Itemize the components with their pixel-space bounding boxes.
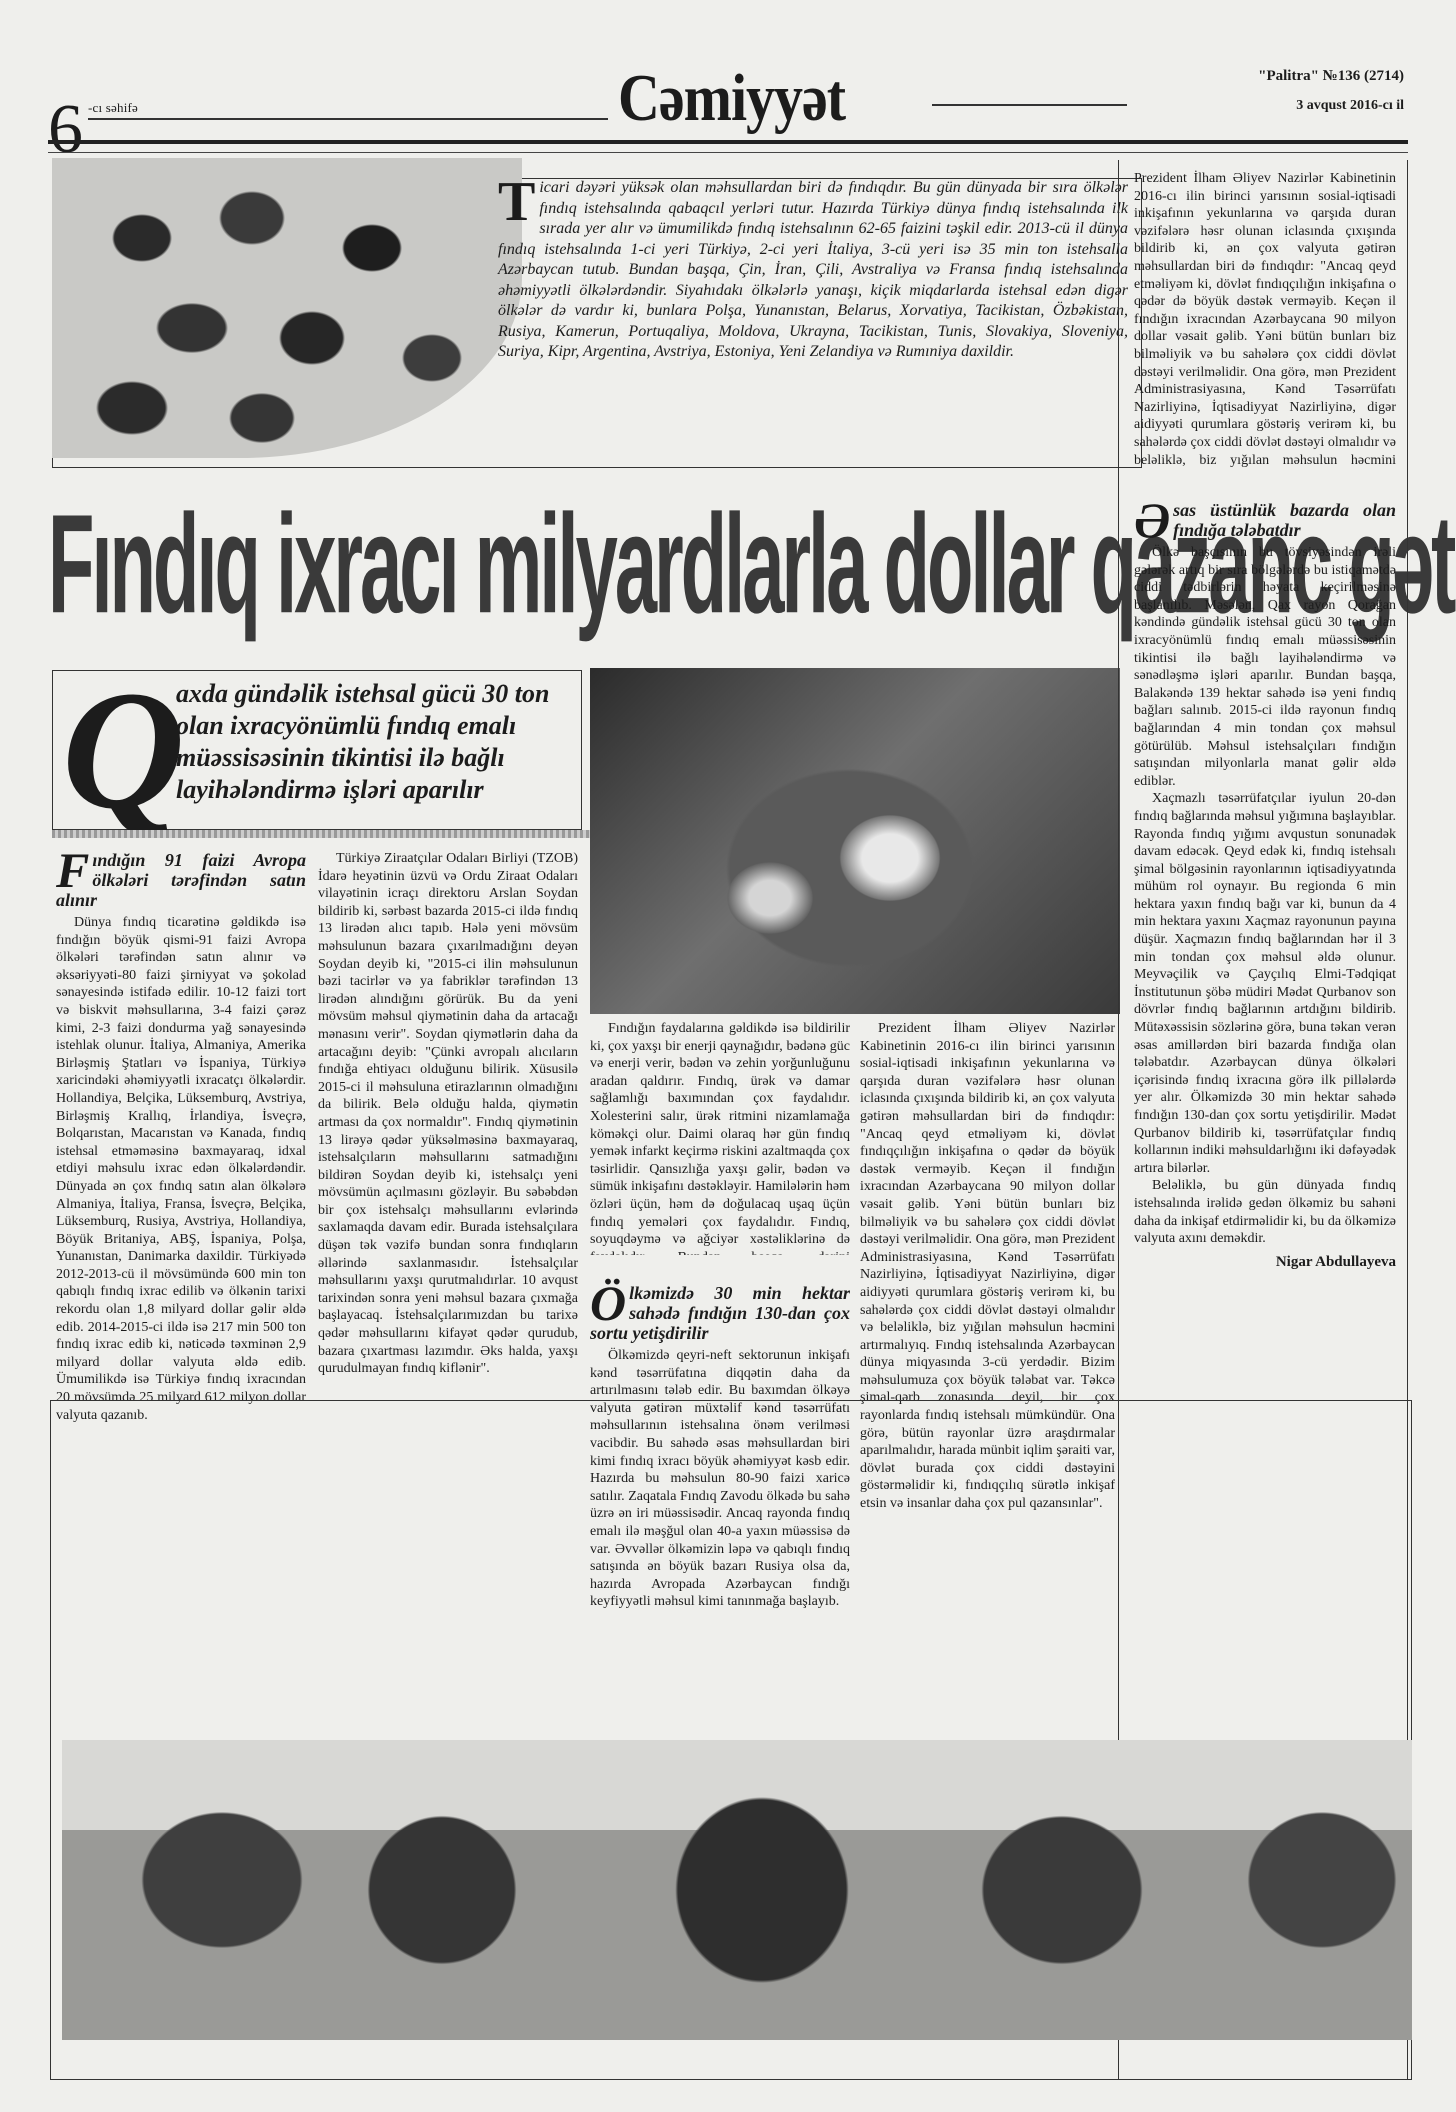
right-column-top: Prezident İlham Əliyev Nazirlər Kabineti…: [1134, 170, 1396, 470]
section2-paragraph: Ölkəmizdə qeyri-neft sektorunun inkişafı…: [590, 1347, 850, 1611]
section3-heading-cap: Ə: [1134, 500, 1170, 540]
section1-paragraph: Fındığın faydalarına gəldikdə isə bildir…: [590, 1020, 850, 1255]
section3-paragraph: Xaçmazlı təsərrüfatçılar iyulun 20-dən f…: [1134, 790, 1396, 1177]
section2-heading: Ölkəmizdə 30 min hektar sahədə fındığın …: [590, 1283, 850, 1343]
page-number: 6: [48, 100, 83, 160]
lead-paragraph: Ticari dəyəri yüksək olan məhsullardan b…: [498, 178, 1128, 363]
section1-paragraph: Türkiyə Ziraatçılar Odaları Birliyi (TZO…: [318, 850, 578, 1378]
lead-dropcap: T: [498, 180, 535, 224]
subtitle-text: axda gündəlik istehsal gücü 30 ton olan …: [176, 678, 576, 806]
hazelnut-cluster-photo: [590, 668, 1120, 1014]
section1-column1: Fındığın 91 faizi Avropa ölkələri tərəfi…: [56, 850, 306, 1714]
section2-quote-end: Prezident İlham Əliyev Nazirlər Kabineti…: [1134, 170, 1396, 470]
header-divider-thin: [48, 152, 1408, 153]
masthead-rule-right: [932, 104, 1127, 106]
section3-heading: Əsas üstünlük bazarda olan fındığa tələb…: [1134, 500, 1396, 540]
section1-heading-cap: F: [56, 850, 89, 890]
section3-heading-text: sas üstünlük bazarda olan fındığa tələba…: [1173, 500, 1396, 540]
section1-heading-text: ındığın 91 faizi Avropa ölkələri tərəfin…: [56, 850, 306, 910]
section3-paragraph: Ölkə başçısının bu tövsiyəsindən irəli g…: [1134, 544, 1396, 790]
section2-heading-cap: Ö: [590, 1283, 626, 1323]
section-title: Cəmiyyət: [618, 59, 845, 136]
byline: Nigar Abdullayeva: [1134, 1254, 1396, 1272]
page-suffix: -cı səhifə: [88, 100, 138, 116]
section2-paragraph: Prezident İlham Əliyev Nazirlər Kabineti…: [860, 1020, 1115, 1513]
header-divider: [48, 140, 1408, 144]
issue-date: 3 avqust 2016-cı il: [1296, 98, 1404, 114]
section2-heading-text: lkəmizdə 30 min hektar sahədə fındığın 1…: [590, 1283, 850, 1343]
issue-number: "Palitra" №136 (2714): [1258, 68, 1404, 85]
section2-column: Prezident İlham Əliyev Nazirlər Kabineti…: [860, 1020, 1115, 1720]
hazelnut-orchard-photo: [62, 1740, 1412, 2040]
section1-column2: Türkiyə Ziraatçılar Odaları Birliyi (TZO…: [318, 850, 578, 1720]
section3-column: Əsas üstünlük bazarda olan fındığa tələb…: [1134, 500, 1396, 1271]
section3-paragraph: Beləliklə, bu gün dünyada fındıq istehsa…: [1134, 1177, 1396, 1247]
subtitle-dropcap: Q: [62, 680, 185, 820]
masthead-rule-left: [88, 118, 608, 120]
section1-paragraph: Dünya fındıq ticarətinə gəldikdə isə fın…: [56, 914, 306, 1714]
section1-heading: Fındığın 91 faizi Avropa ölkələri tərəfi…: [56, 850, 306, 910]
lead-text: icari dəyəri yüksək olan məhsullardan bi…: [498, 179, 1128, 360]
section1-column3: Fındığın faydalarına gəldikdə isə bildir…: [590, 1020, 850, 1720]
